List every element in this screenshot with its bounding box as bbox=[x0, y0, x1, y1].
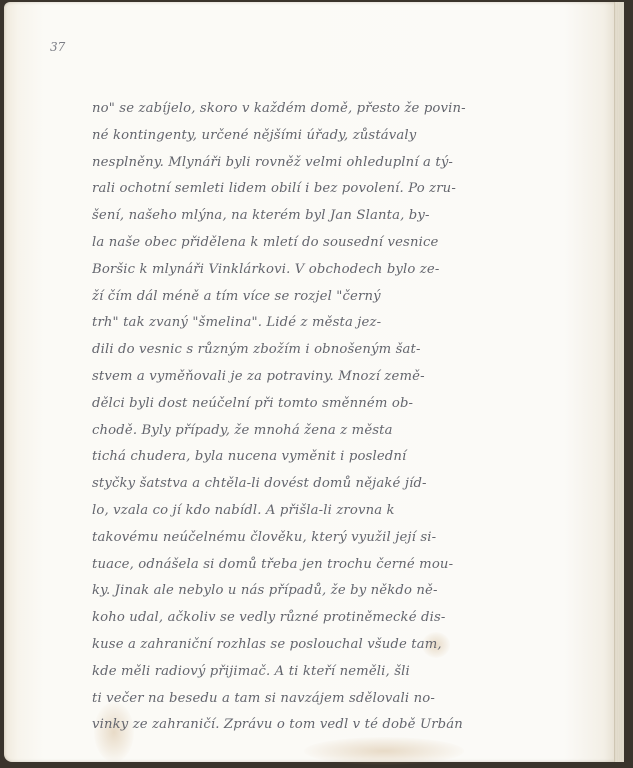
text-line: la naše obec přidělena k mletí do soused… bbox=[92, 230, 522, 257]
text-line: né kontingenty, určené nějšími úřady, zů… bbox=[92, 123, 522, 150]
text-line: tichá chudera, byla nucena vyměnit i pos… bbox=[92, 444, 522, 471]
text-line: lo, vzala co jí kdo nabídl. A přišla-li … bbox=[92, 498, 522, 525]
text-line: styčky šatstva a chtěla-li dovést domů n… bbox=[92, 471, 522, 498]
text-line: šení, našeho mlýna, na kterém byl Jan Sl… bbox=[92, 203, 522, 230]
handwritten-text-block: no" se zabíjelo, skoro v každém domě, př… bbox=[92, 96, 522, 739]
text-line: Boršic k mlynáři Vinklárkovi. V obchodec… bbox=[92, 257, 522, 284]
text-line: chodě. Byly případy, že mnohá žena z měs… bbox=[92, 418, 522, 445]
text-line: tuace, odnášela si domů třeba jen trochu… bbox=[92, 552, 522, 579]
text-line: dili do vesnic s různým zbožím i obnošen… bbox=[92, 337, 522, 364]
paper-stain bbox=[304, 737, 464, 765]
text-line: ky. Jinak ale nebylo u nás případů, že b… bbox=[92, 578, 522, 605]
page-edge bbox=[614, 2, 624, 762]
text-line: ží čím dál méně a tím více se rozjel "če… bbox=[92, 284, 522, 311]
text-line: kuse a zahraniční rozhlas se poslouchal … bbox=[92, 632, 522, 659]
text-line: dělci byli dost neúčelní při tomto směnn… bbox=[92, 391, 522, 418]
page-number: 37 bbox=[50, 40, 65, 54]
text-line: no" se zabíjelo, skoro v každém domě, př… bbox=[92, 96, 522, 123]
manuscript-page: 37 no" se zabíjelo, skoro v každém domě,… bbox=[4, 2, 624, 762]
text-line: kde měli radiový přijimač. A ti kteří ne… bbox=[92, 659, 522, 686]
text-line: rali ochotní semleti lidem obilí i bez p… bbox=[92, 176, 522, 203]
text-line: vinky ze zahraničí. Zprávu o tom vedl v … bbox=[92, 712, 522, 739]
text-line: trh" tak zvaný "šmelina". Lidé z města j… bbox=[92, 310, 522, 337]
scanned-page-frame: 37 no" se zabíjelo, skoro v každém domě,… bbox=[0, 0, 633, 768]
text-line: takovému neúčelnému člověku, který využi… bbox=[92, 525, 522, 552]
text-line: ti večer na besedu a tam si navzájem sdě… bbox=[92, 686, 522, 713]
text-line: stvem a vyměňovali je za potraviny. Mnoz… bbox=[92, 364, 522, 391]
text-line: koho udal, ačkoliv se vedly různé protin… bbox=[92, 605, 522, 632]
text-line: nesplněny. Mlynáři byli rovněž velmi ohl… bbox=[92, 150, 522, 177]
